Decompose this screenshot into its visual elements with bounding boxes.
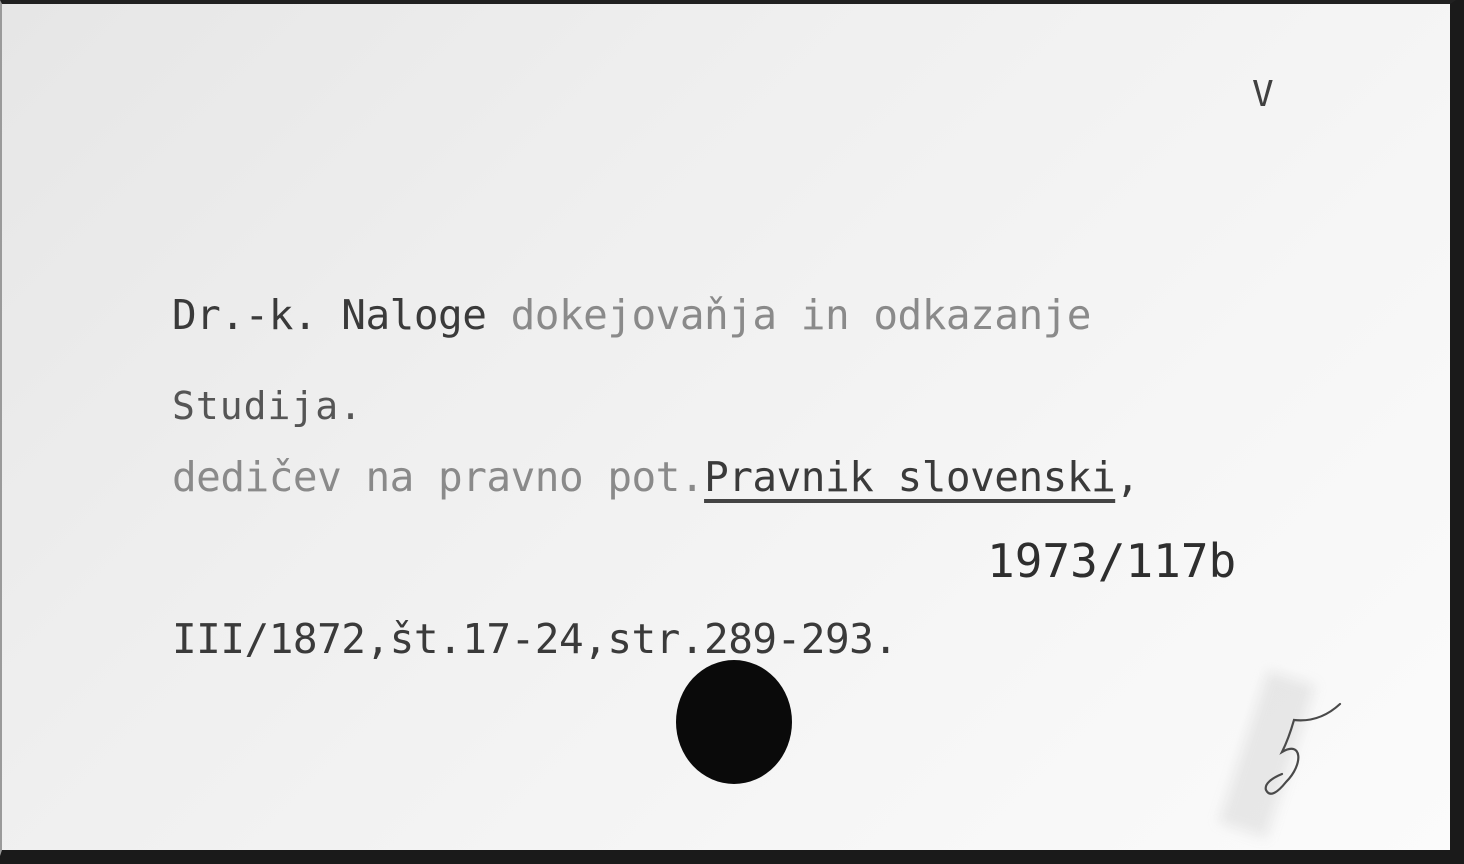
subject-note: Studija. — [172, 384, 363, 428]
handwritten-five-icon — [1242, 694, 1362, 814]
citation-line-3: III/1872,št.17-24,str.289-293. — [172, 612, 1139, 666]
citation-comma: , — [1115, 453, 1139, 501]
bibliographic-citation: Dr.-k. Naloge dokejovaňja in odkazanje d… — [172, 180, 1139, 774]
classification-mark: V — [1252, 74, 1275, 115]
citation-title-cont: dokejovaňja in odkazanje — [511, 291, 1091, 339]
citation-line-2: dedičev na pravno pot.Pravnik slovenski, — [172, 450, 1139, 504]
citation-volume-pages: III/1872,št.17-24,str.289-293. — [172, 615, 898, 663]
journal-title: Pravnik slovenski — [704, 453, 1115, 501]
call-number: 1973/117b — [987, 534, 1236, 588]
citation-title-end: dedičev na pravno pot. — [172, 453, 704, 501]
catalog-card: V Dr.-k. Naloge dokejovaňja in odkazanje… — [0, 0, 1456, 856]
citation-line-1: Dr.-k. Naloge dokejovaňja in odkazanje — [172, 288, 1139, 342]
punch-hole-icon — [676, 660, 792, 784]
citation-author-title: Dr.-k. Naloge — [172, 291, 511, 339]
